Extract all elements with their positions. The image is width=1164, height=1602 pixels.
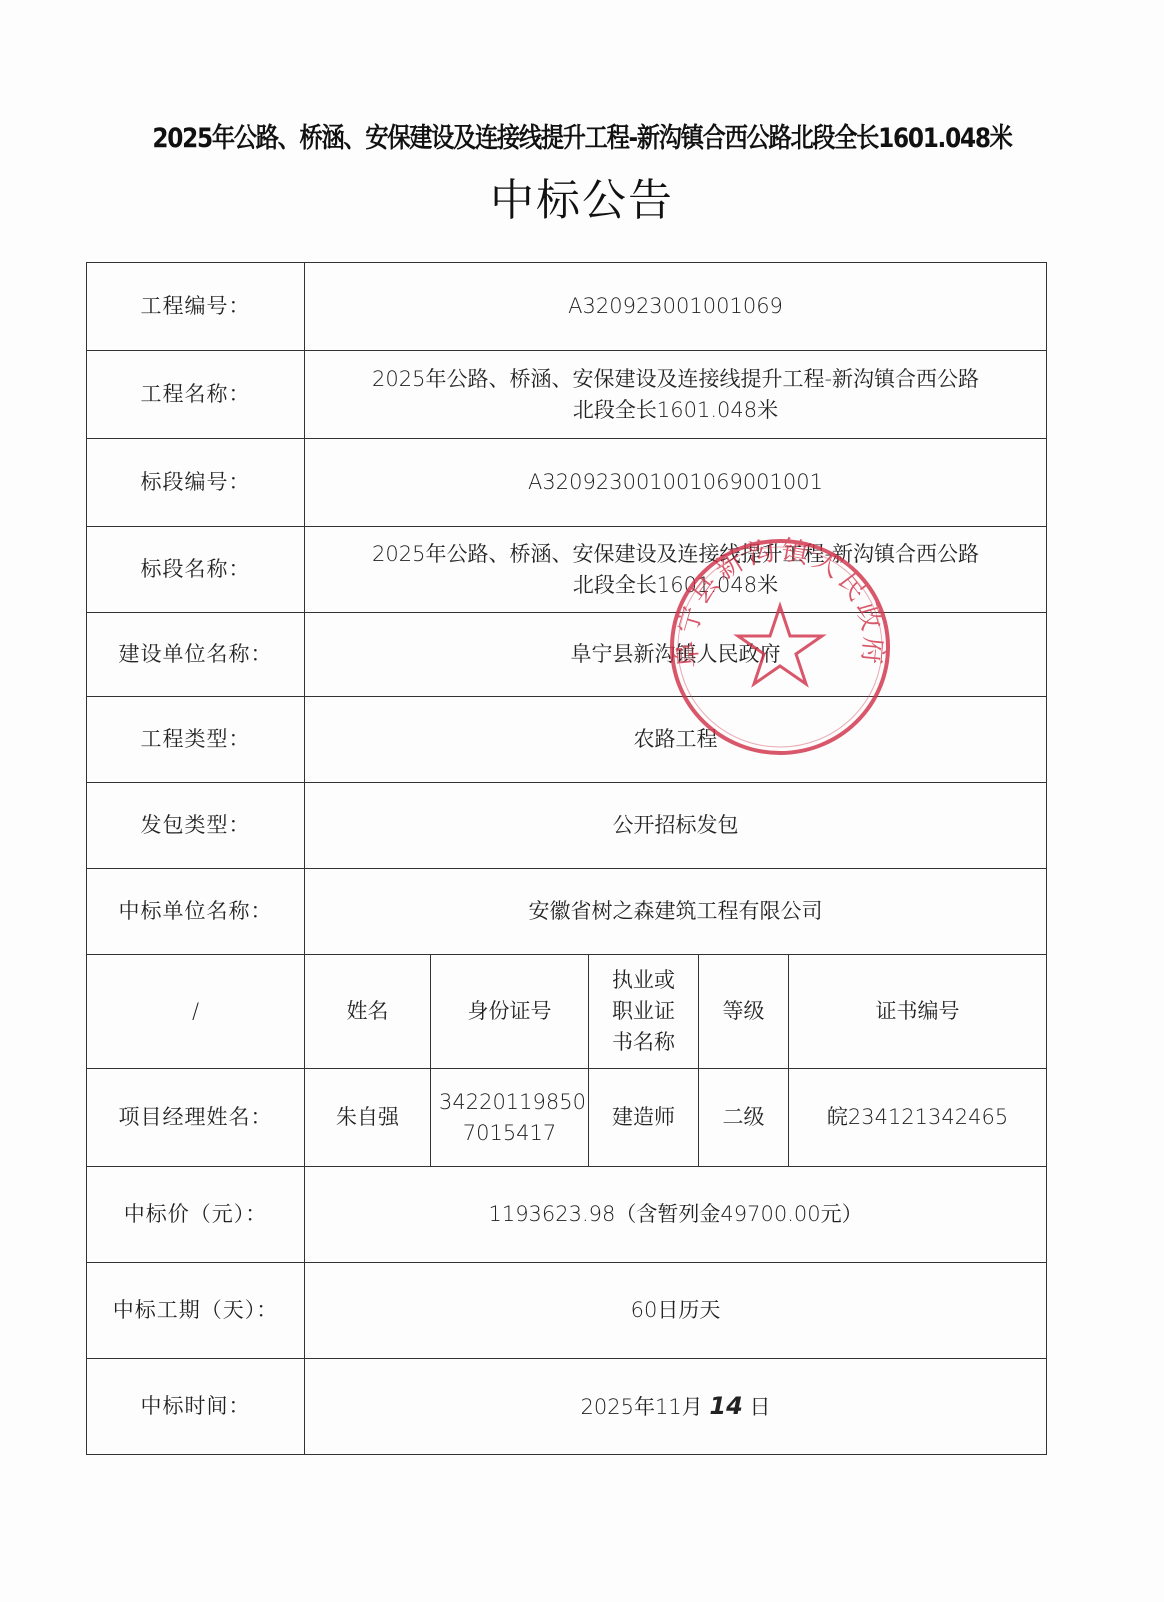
contract-type-value: 公开招标发包 bbox=[305, 783, 1047, 869]
section-no-value: A320923001001069001001 bbox=[305, 439, 1047, 527]
section-name-line1: 2025年公路、桥涵、安保建设及连接线提升工程-新沟镇合西公路 bbox=[313, 539, 1038, 570]
header-id-no: 身份证号 bbox=[431, 955, 589, 1069]
row-contract-type: 发包类型： 公开招标发包 bbox=[87, 783, 1047, 869]
header-grade: 等级 bbox=[699, 955, 789, 1069]
project-type-value: 农路工程 bbox=[305, 697, 1047, 783]
project-type-label: 工程类型： bbox=[87, 697, 305, 783]
manager-grade: 二级 bbox=[699, 1069, 789, 1167]
date-value: 2025年11月 14 日 bbox=[305, 1359, 1047, 1455]
header-name: 姓名 bbox=[305, 955, 431, 1069]
section-name-line2: 北段全长1601.048米 bbox=[313, 570, 1038, 601]
winner-value: 安徽省树之森建筑工程有限公司 bbox=[305, 869, 1047, 955]
date-label: 中标时间： bbox=[87, 1359, 305, 1455]
duration-value: 60日历天 bbox=[305, 1263, 1047, 1359]
row-section-no: 标段编号： A320923001001069001001 bbox=[87, 439, 1047, 527]
contract-type-label: 发包类型： bbox=[87, 783, 305, 869]
row-section-name: 标段名称： 2025年公路、桥涵、安保建设及连接线提升工程-新沟镇合西公路 北段… bbox=[87, 527, 1047, 613]
header-cert-name-line2: 职业证 bbox=[597, 996, 690, 1027]
project-no-label: 工程编号： bbox=[87, 263, 305, 351]
section-name-value: 2025年公路、桥涵、安保建设及连接线提升工程-新沟镇合西公路 北段全长1601… bbox=[305, 527, 1047, 613]
date-year-month: 2025年11月 bbox=[581, 1395, 703, 1419]
manager-id-no: 34220119850 7015417 bbox=[431, 1069, 589, 1167]
owner-label: 建设单位名称： bbox=[87, 613, 305, 697]
row-price: 中标价（元）： 1193623.98（含暂列金49700.00元） bbox=[87, 1167, 1047, 1263]
price-value: 1193623.98（含暂列金49700.00元） bbox=[305, 1167, 1047, 1263]
row-project-no: 工程编号： A320923001001069 bbox=[87, 263, 1047, 351]
document-title: 中标公告 bbox=[0, 164, 1164, 228]
manager-label: 项目经理姓名： bbox=[87, 1069, 305, 1167]
row-owner: 建设单位名称： 阜宁县新沟镇人民政府 bbox=[87, 613, 1047, 697]
row-project-type: 工程类型： 农路工程 bbox=[87, 697, 1047, 783]
row-winner: 中标单位名称： 安徽省树之森建筑工程有限公司 bbox=[87, 869, 1047, 955]
row-project-name: 工程名称： 2025年公路、桥涵、安保建设及连接线提升工程-新沟镇合西公路 北段… bbox=[87, 351, 1047, 439]
header-cert-name: 执业或 职业证 书名称 bbox=[589, 955, 699, 1069]
manager-cert-no: 皖234121342465 bbox=[789, 1069, 1047, 1167]
project-no-value: A320923001001069 bbox=[305, 263, 1047, 351]
project-name-line2: 北段全长1601.048米 bbox=[313, 395, 1038, 426]
manager-name: 朱自强 bbox=[305, 1069, 431, 1167]
section-name-label: 标段名称： bbox=[87, 527, 305, 613]
price-label: 中标价（元）： bbox=[87, 1167, 305, 1263]
header-cert-name-line3: 书名称 bbox=[597, 1027, 690, 1058]
duration-label: 中标工期（天）： bbox=[87, 1263, 305, 1359]
header-cert-no: 证书编号 bbox=[789, 955, 1047, 1069]
row-personnel-header: / 姓名 身份证号 执业或 职业证 书名称 等级 证书编号 bbox=[87, 955, 1047, 1069]
winner-label: 中标单位名称： bbox=[87, 869, 305, 955]
project-name-value: 2025年公路、桥涵、安保建设及连接线提升工程-新沟镇合西公路 北段全长1601… bbox=[305, 351, 1047, 439]
manager-cert-name: 建造师 bbox=[589, 1069, 699, 1167]
row-date: 中标时间： 2025年11月 14 日 bbox=[87, 1359, 1047, 1455]
announcement-page: 2025年公路、桥涵、安保建设及连接线提升工程-新沟镇合西公路北段全长1601.… bbox=[0, 0, 1164, 1602]
manager-id-no-line1: 34220119850 bbox=[439, 1087, 580, 1118]
award-info-table: 工程编号： A320923001001069 工程名称： 2025年公路、桥涵、… bbox=[86, 262, 1047, 1455]
date-day-handwritten: 14 bbox=[709, 1392, 742, 1420]
project-name-line1: 2025年公路、桥涵、安保建设及连接线提升工程-新沟镇合西公路 bbox=[313, 364, 1038, 395]
project-name-label: 工程名称： bbox=[87, 351, 305, 439]
manager-id-no-line2: 7015417 bbox=[439, 1118, 580, 1149]
row-project-manager: 项目经理姓名： 朱自强 34220119850 7015417 建造师 二级 皖… bbox=[87, 1069, 1047, 1167]
date-day-suffix: 日 bbox=[750, 1395, 771, 1419]
personnel-corner: / bbox=[87, 955, 305, 1069]
owner-value: 阜宁县新沟镇人民政府 bbox=[305, 613, 1047, 697]
document-subtitle: 2025年公路、桥涵、安保建设及连接线提升工程-新沟镇合西公路北段全长1601.… bbox=[81, 116, 1082, 155]
header-cert-name-line1: 执业或 bbox=[597, 965, 690, 996]
section-no-label: 标段编号： bbox=[87, 439, 305, 527]
row-duration: 中标工期（天）： 60日历天 bbox=[87, 1263, 1047, 1359]
